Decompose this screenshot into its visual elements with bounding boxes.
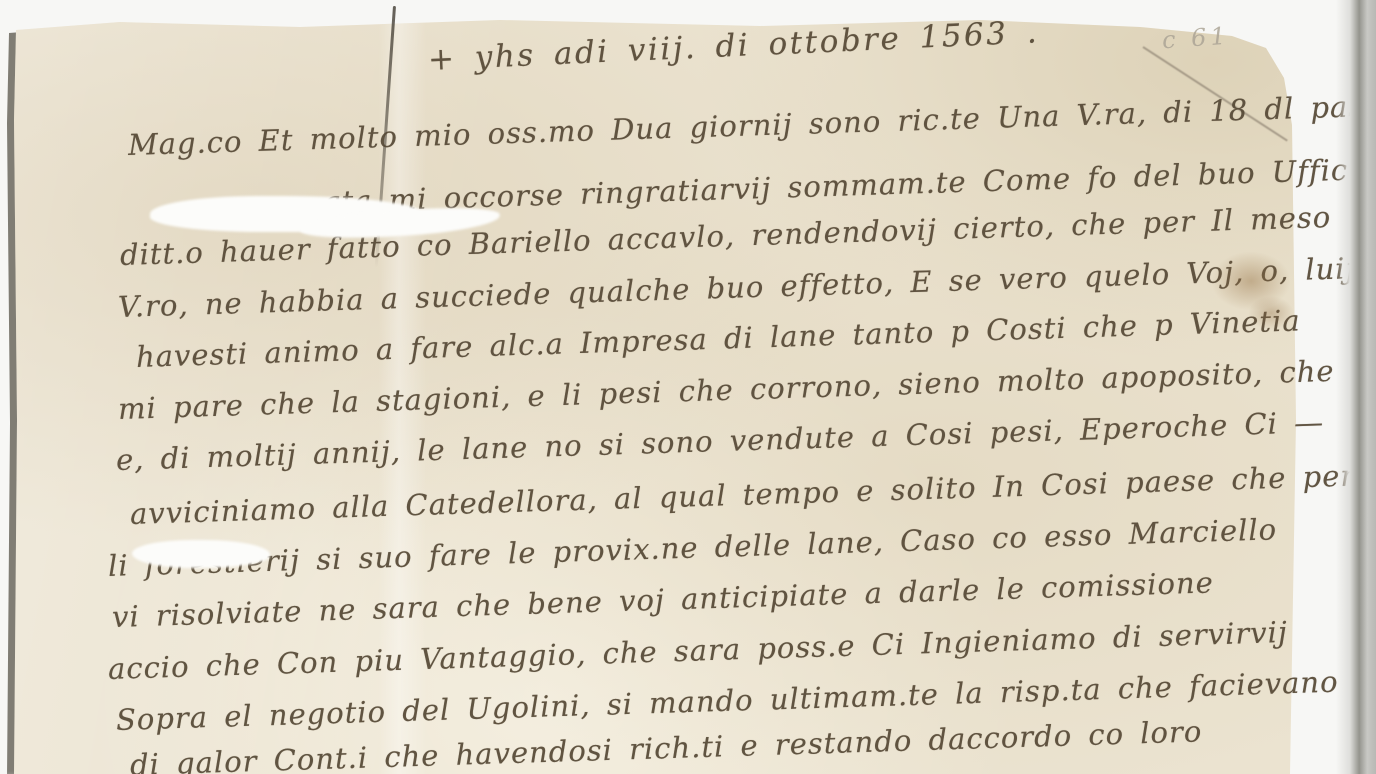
ink-stain [1248,296,1294,330]
scan-edge-gradient [1336,0,1376,774]
archival-mark: c 61 [1161,22,1230,55]
paper-damage-patch [132,540,270,568]
scanned-letter-page: c 61 + yhs adi viij. di ottobre 1563 . M… [0,0,1376,774]
